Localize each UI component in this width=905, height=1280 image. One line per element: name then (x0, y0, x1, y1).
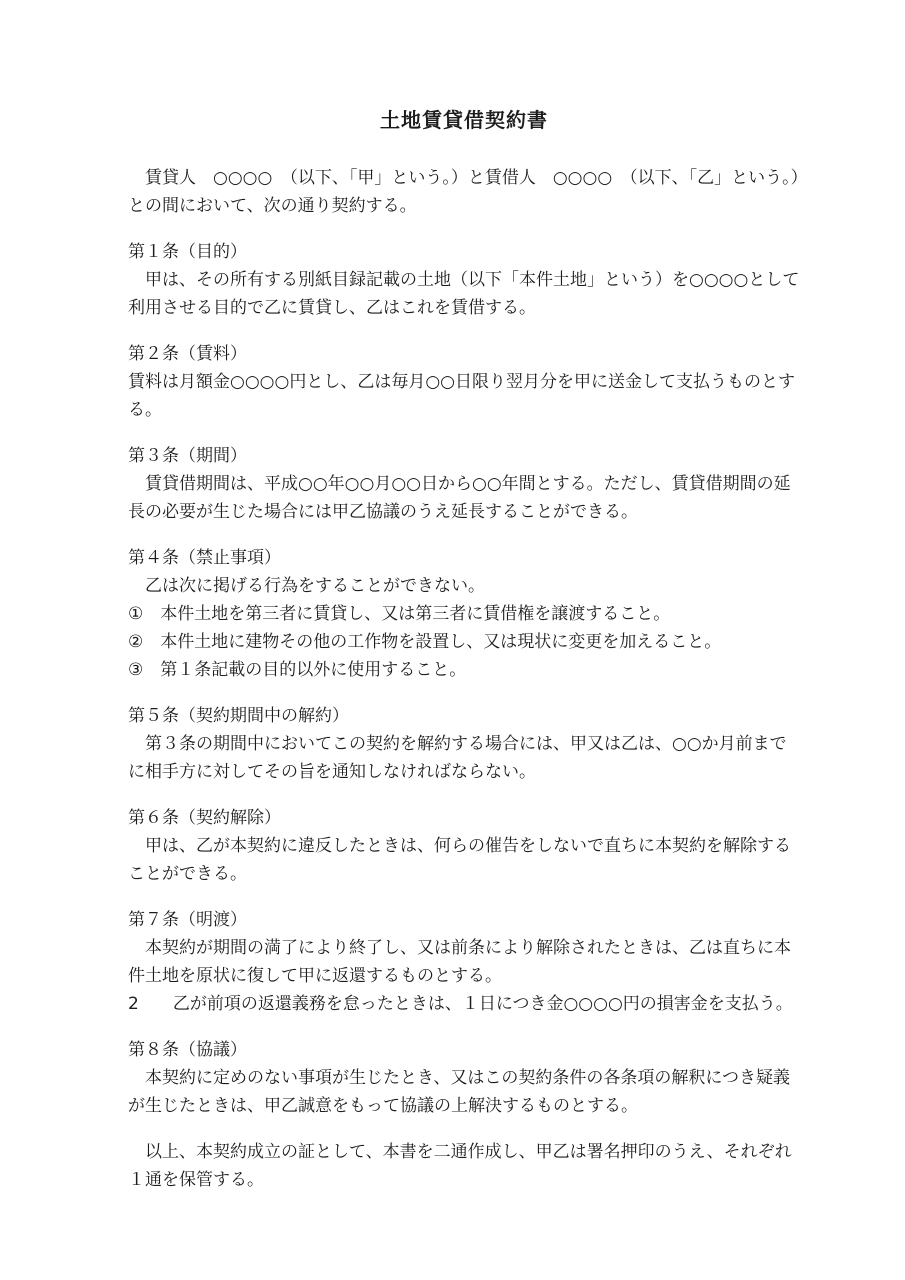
article-5-heading: 第５条（契約期間中の解約） (128, 702, 800, 730)
article-3-heading: 第３条（期間） (128, 442, 800, 470)
article-7-paragraph-2: 2 乙が前項の返還義務を怠ったときは、１日につき金○○○○円の損害金を支払う。 (128, 990, 800, 1018)
article-3-paragraph-1: 賃貸借期間は、平成○○年○○月○○日から○○年間とする。ただし、賃貸借期間の延長… (128, 470, 800, 526)
article-4-heading: 第４条（禁止事項） (128, 544, 800, 572)
article-4-item-2: ② 本件土地に建物その他の工作物を設置し、又は現状に変更を加えること。 (128, 628, 800, 656)
article-8: 第８条（協議） 本契約に定めのない事項が生じたとき、又はこの契約条件の各条項の解… (128, 1036, 800, 1120)
article-8-paragraph-1: 本契約に定めのない事項が生じたとき、又はこの契約条件の各条項の解釈につき疑義が生… (128, 1064, 800, 1120)
article-1: 第１条（目的） 甲は、その所有する別紙目録記載の土地（以下「本件土地」という）を… (128, 238, 800, 322)
article-1-heading: 第１条（目的） (128, 238, 800, 266)
article-5-paragraph-1: 第３条の期間中においてこの契約を解約する場合には、甲又は乙は、○○か月前までに相… (128, 730, 800, 786)
article-5: 第５条（契約期間中の解約） 第３条の期間中においてこの契約を解約する場合には、甲… (128, 702, 800, 786)
article-3: 第３条（期間） 賃貸借期間は、平成○○年○○月○○日から○○年間とする。ただし、… (128, 442, 800, 526)
article-4-item-1: ① 本件土地を第三者に賃貸し、又は第三者に賃借権を譲渡すること。 (128, 600, 800, 628)
article-7: 第７条（明渡） 本契約が期間の満了により終了し、又は前条により解除されたときは、… (128, 906, 800, 1018)
article-4: 第４条（禁止事項） 乙は次に掲げる行為をすることができない。 ① 本件土地を第三… (128, 544, 800, 684)
article-4-item-3: ③ 第１条記載の目的以外に使用すること。 (128, 656, 800, 684)
article-2: 第２条（賃料） 賃料は月額金○○○○円とし、乙は毎月○○日限り翌月分を甲に送金し… (128, 340, 800, 424)
document-title: 土地賃貸借契約書 (128, 106, 800, 134)
article-6-paragraph-1: 甲は、乙が本契約に違反したときは、何らの催告をしないで直ちに本契約を解除すること… (128, 832, 800, 888)
article-6: 第６条（契約解除） 甲は、乙が本契約に違反したときは、何らの催告をしないで直ちに… (128, 804, 800, 888)
article-8-heading: 第８条（協議） (128, 1036, 800, 1064)
article-1-paragraph-1: 甲は、その所有する別紙目録記載の土地（以下「本件土地」という）を○○○○として利… (128, 266, 800, 322)
article-6-heading: 第６条（契約解除） (128, 804, 800, 832)
preamble-paragraph: 賃貸人 ○○○○ （以下、「甲」という。）と賃借人 ○○○○ （以下、「乙」とい… (128, 164, 800, 220)
contract-document-page: 土地賃貸借契約書 賃貸人 ○○○○ （以下、「甲」という。）と賃借人 ○○○○ … (0, 0, 905, 1280)
article-2-heading: 第２条（賃料） (128, 340, 800, 368)
document-content: 土地賃貸借契約書 賃貸人 ○○○○ （以下、「甲」という。）と賃借人 ○○○○ … (128, 106, 800, 1194)
article-7-heading: 第７条（明渡） (128, 906, 800, 934)
article-7-paragraph-1: 本契約が期間の満了により終了し、又は前条により解除されたときは、乙は直ちに本件土… (128, 934, 800, 990)
article-4-paragraph-1: 乙は次に掲げる行為をすることができない。 (128, 572, 800, 600)
closing-paragraph: 以上、本契約成立の証として、本書を二通作成し、甲乙は署名押印のうえ、それぞれ１通… (128, 1138, 800, 1194)
article-2-paragraph-1: 賃料は月額金○○○○円とし、乙は毎月○○日限り翌月分を甲に送金して支払うものとす… (128, 368, 800, 424)
